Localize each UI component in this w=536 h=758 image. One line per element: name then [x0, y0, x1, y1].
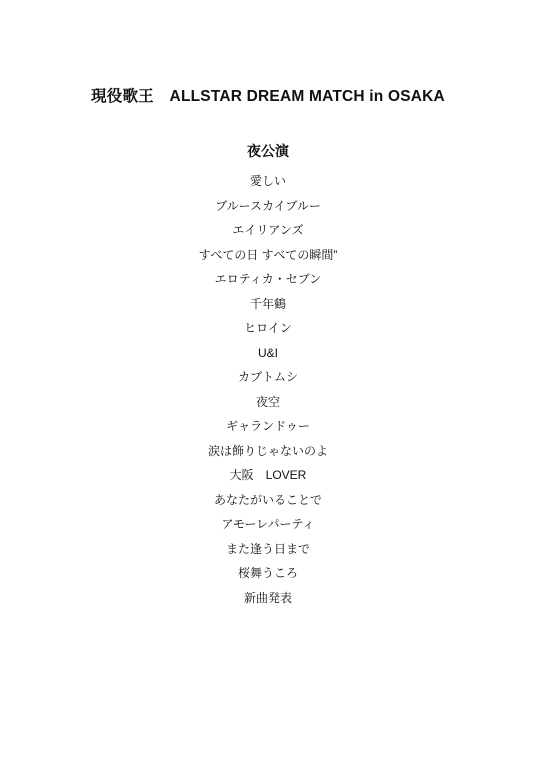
song-line: 新曲発表: [0, 586, 536, 611]
song-line: 千年鶴: [0, 292, 536, 317]
song-line: 涙は飾りじゃないのよ: [0, 439, 536, 464]
song-line: 桜舞うころ: [0, 561, 536, 586]
song-line: カブトムシ: [0, 365, 536, 390]
song-line: あなたがいることで: [0, 488, 536, 513]
song-line: 夜空: [0, 390, 536, 415]
song-line: また逢う日まで: [0, 537, 536, 562]
event-title: 現役歌王 ALLSTAR DREAM MATCH in OSAKA: [0, 0, 536, 106]
song-line: エイリアンズ: [0, 218, 536, 243]
song-line: アモーレパーティ: [0, 512, 536, 537]
song-line: 愛しい: [0, 169, 536, 194]
show-label: 夜公演: [0, 143, 536, 159]
song-line: ブルースカイブルー: [0, 194, 536, 219]
song-line: 大阪 LOVER: [0, 463, 536, 488]
song-line: ヒロイン: [0, 316, 536, 341]
song-line: U&I: [0, 341, 536, 366]
song-line: すべての日 すべての瞬間”: [0, 243, 536, 268]
song-line: エロティカ・セブン: [0, 267, 536, 292]
setlist: 愛しい ブルースカイブルー エイリアンズ すべての日 すべての瞬間” エロティカ…: [0, 169, 536, 610]
setlist-document: 現役歌王 ALLSTAR DREAM MATCH in OSAKA 夜公演 愛し…: [0, 0, 536, 758]
song-line: ギャランドゥー: [0, 414, 536, 439]
